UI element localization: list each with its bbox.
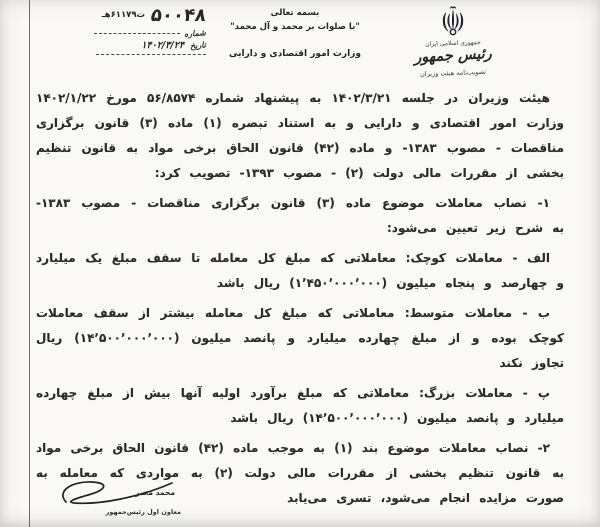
clause-1-item-be: ب - معاملات متوسط: معاملاتی که مبلغ کل م…: [36, 301, 564, 376]
dashed-line: [94, 33, 180, 34]
header-right: جمهوری اسلامی ایران رئیس جمهور تصویب‌نام…: [398, 5, 508, 77]
date-label: تاریخ: [190, 40, 207, 50]
left-margin-rule: [29, 0, 30, 527]
president-office-title: رئیس جمهور: [398, 45, 509, 67]
ministry-name: وزارت امور اقتصادی و دارایی: [215, 49, 375, 59]
number-label: شماره: [184, 28, 206, 39]
decree-serial-number: ۵۰۰۴۸: [150, 6, 208, 26]
stamp-number-row: ۵۰۰۴۸ ت۶۱۱۷۹هـ: [36, 6, 206, 26]
bismillah-text: بسمه تعالی: [215, 8, 375, 18]
clause-1-item-pe: پ - معاملات بزرگ: معاملاتی که مبلغ برآور…: [36, 381, 564, 431]
decree-body: هیئت وزیران در جلسه ۱۴۰۲/۳/۲۱ به پیشنهاد…: [36, 86, 564, 516]
stamp-date-row: تاریخ ۱۴۰۲/۳/۲۴: [36, 40, 206, 51]
header-center: بسمه تعالی "با صلوات بر محمد و آل محمد" …: [215, 8, 375, 59]
stamp-number-label-row: شماره: [36, 29, 206, 38]
cabinet-decree-document: ۵۰۰۴۸ ت۶۱۱۷۹هـ شماره تاریخ ۱۴۰۲/۳/۲۴ بسم…: [0, 0, 600, 527]
preamble-paragraph: هیئت وزیران در جلسه ۱۴۰۲/۳/۲۱ به پیشنهاد…: [36, 86, 564, 186]
clause-1-paragraph: ۱- نصاب معاملات موضوع ماده (۳) قانون برگ…: [36, 191, 564, 241]
decree-reference-code: ت۶۱۱۷۹هـ: [102, 10, 145, 20]
document-type-caption: تصویب‌نامه هیئت وزیران: [398, 67, 508, 79]
iran-national-emblem-icon: [438, 5, 468, 39]
registration-stamp: ۵۰۰۴۸ ت۶۱۱۷۹هـ شماره تاریخ ۱۴۰۲/۳/۲۴: [36, 6, 206, 55]
dashed-line: [96, 54, 206, 55]
decree-date: ۱۴۰۲/۳/۲۴: [141, 40, 184, 51]
salutation-text: "با صلوات بر محمد و آل محمد": [215, 22, 375, 32]
signer-title: معاون اول رئیس‌جمهور: [106, 508, 181, 516]
signature-block: محمد مخبر معاون اول رئیس‌جمهور: [48, 475, 183, 527]
clause-1-item-alef: الف - معاملات کوچک: معاملاتی که مبلغ کل …: [36, 246, 564, 296]
signer-name: محمد مخبر: [135, 488, 175, 497]
